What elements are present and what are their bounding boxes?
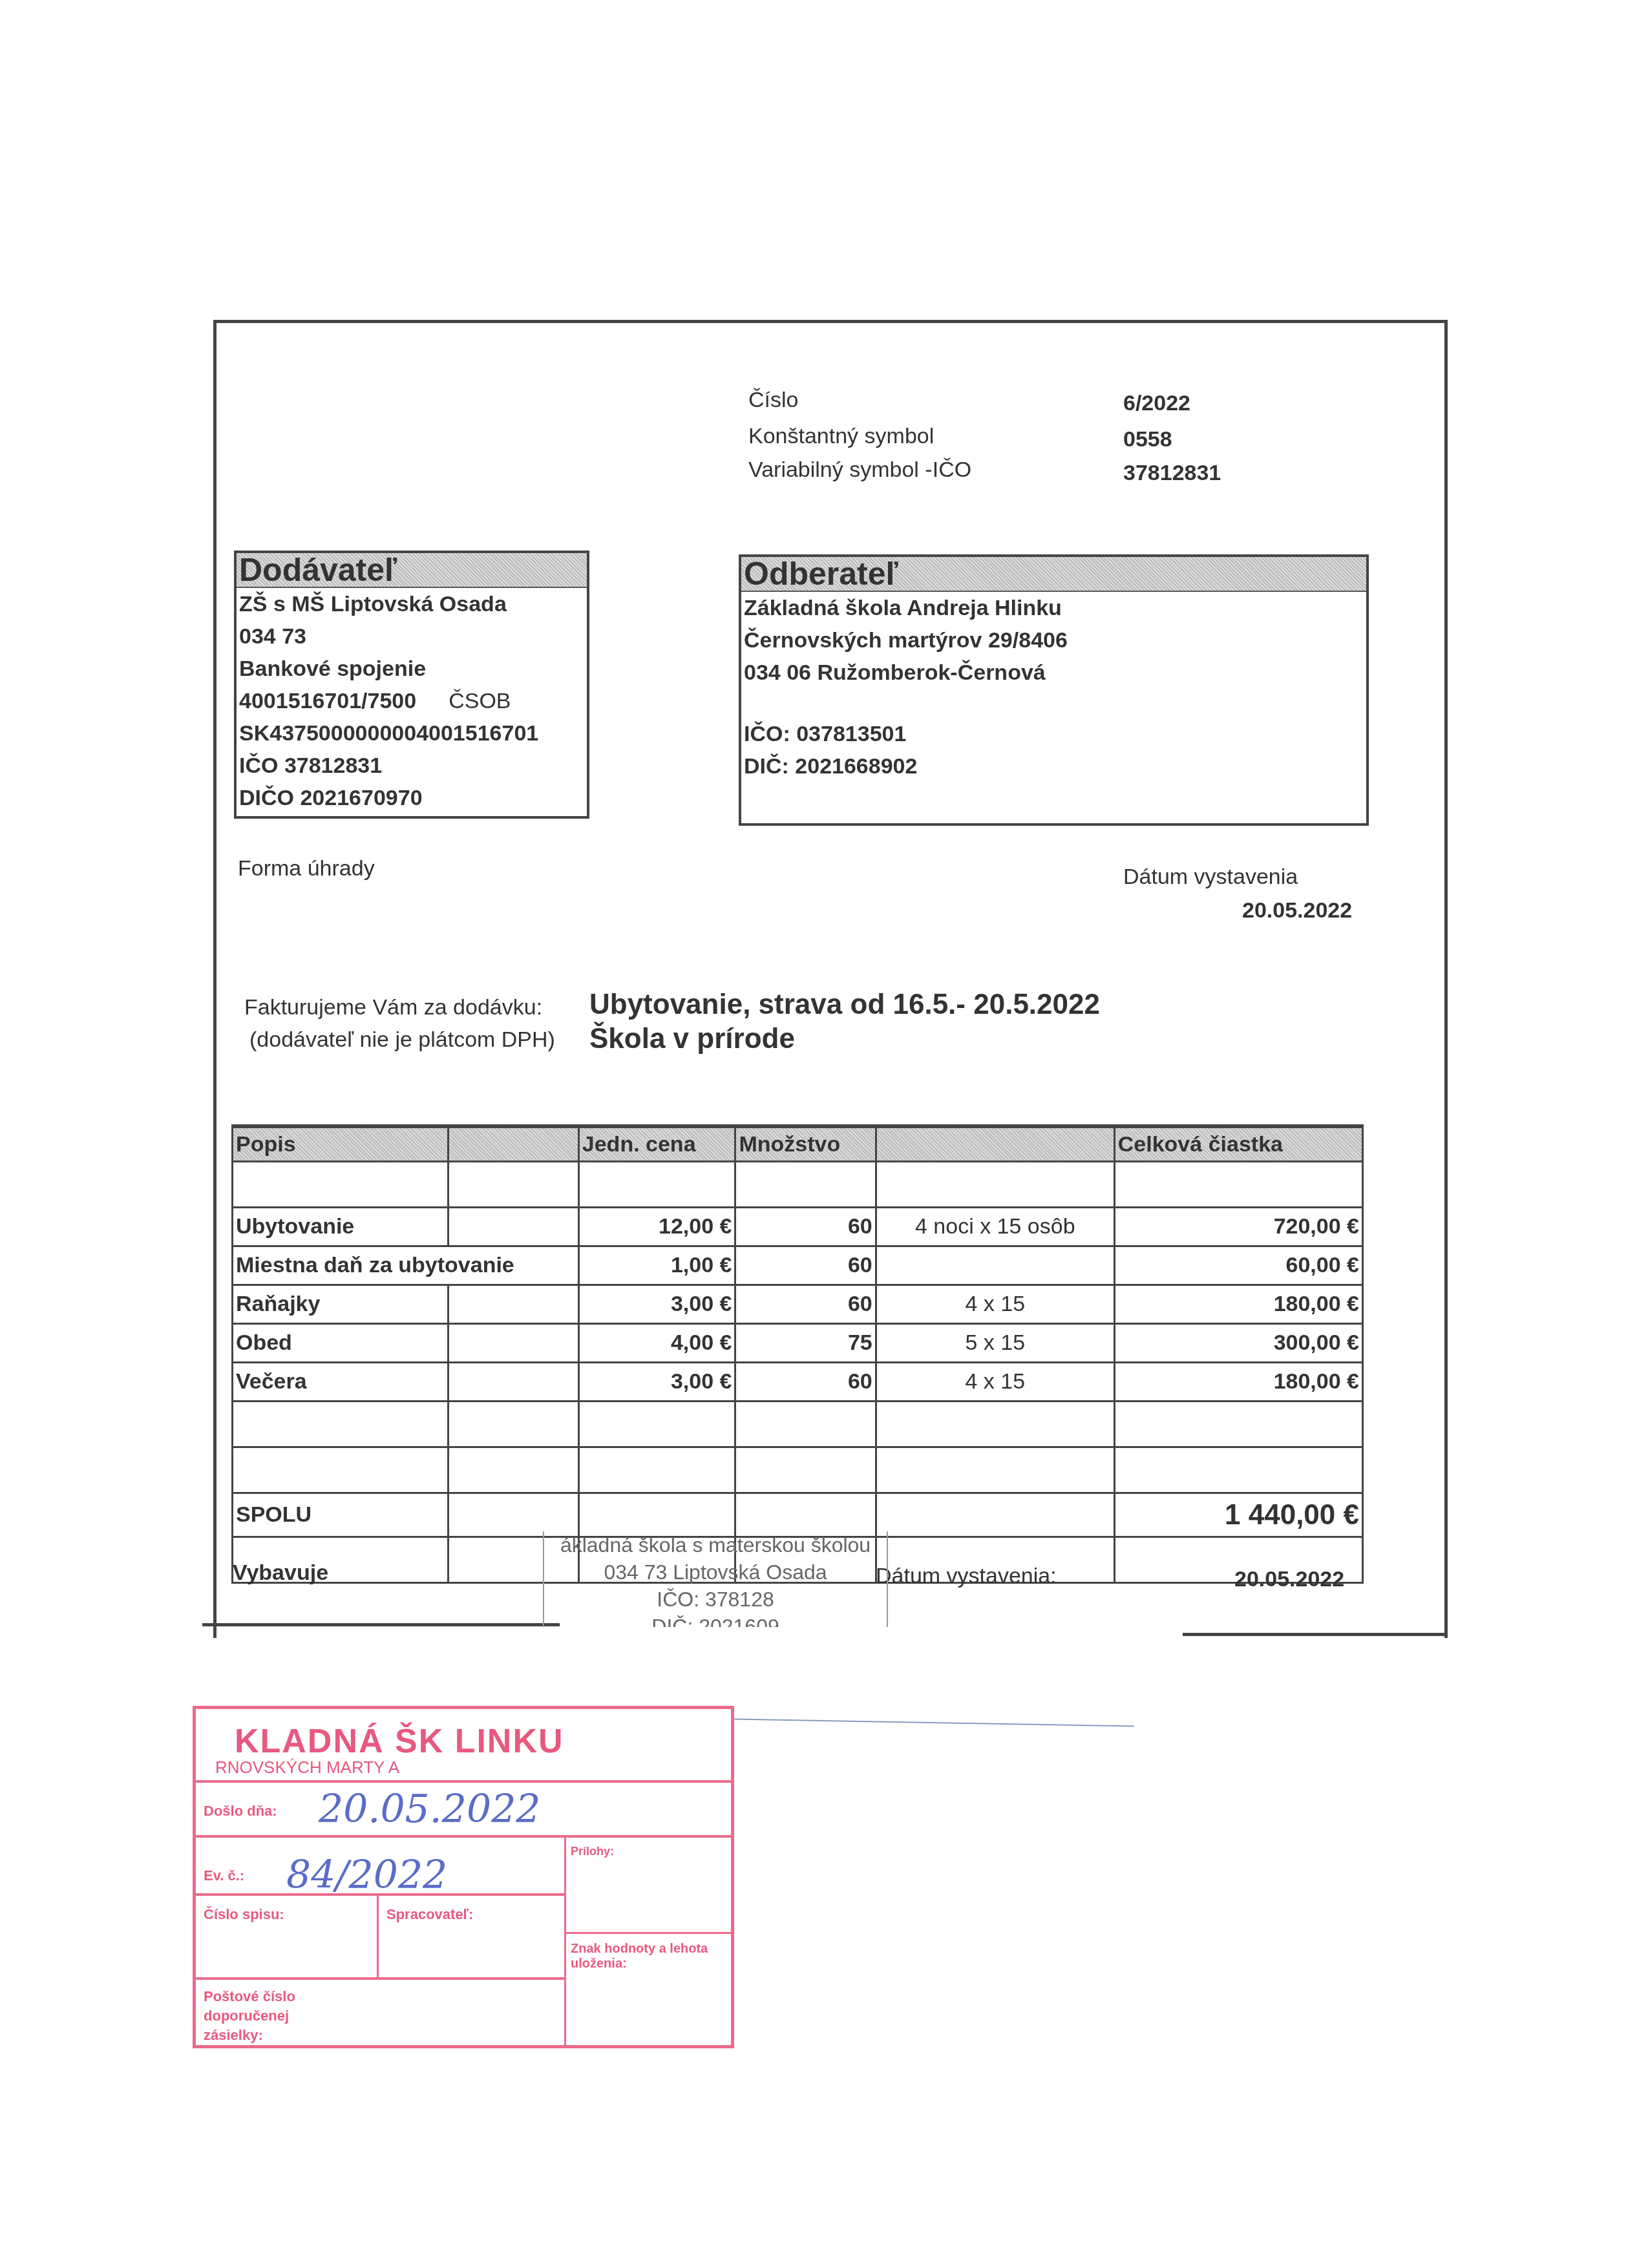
customer-dic: DIČ: 2021668902 [741, 750, 1366, 782]
customer-street: Černovských martýrov 29/8406 [741, 624, 1366, 656]
invoice-subject-2: Škola v prírode [589, 1023, 795, 1055]
bank-name: ČSOB [449, 689, 511, 713]
table-row: Večera 3,00 € 60 4 x 15 180,00 € [233, 1363, 1363, 1402]
attachments-label: Prílohy: [571, 1845, 614, 1858]
customer-city: 034 06 Ružomberok-Černová [741, 656, 1366, 689]
footer-date: 20.05.2022 [1234, 1567, 1344, 1592]
invoice-number: 6/2022 [1123, 391, 1190, 416]
received-date: 20.05.2022 [319, 1787, 541, 1832]
pen-line [734, 1719, 1134, 1727]
account-number: 4001516701/7500 [239, 689, 416, 713]
school-stamp: ákladná škola s materskou školou 034 73 … [543, 1531, 888, 1627]
column-header [876, 1126, 1114, 1162]
supplier-account: 4001516701/7500ČSOB [237, 685, 587, 717]
customer-ico: IČO: 037813501 [741, 718, 1366, 750]
received-label: Došlo dňa: [204, 1803, 277, 1820]
variable-symbol: 37812831 [1123, 461, 1221, 486]
customer-box: Odberateľ Základná škola Andreja Hlinku … [739, 554, 1369, 826]
customer-title: Odberateľ [741, 557, 1366, 592]
frame-border [202, 1623, 560, 1626]
table-row-empty [233, 1162, 1363, 1208]
column-header: Jedn. cena [578, 1126, 735, 1162]
table-row-empty [233, 1447, 1363, 1493]
constant-symbol: 0558 [1123, 427, 1172, 452]
sum-value: 1 440,00 € [1114, 1493, 1362, 1537]
supplier-name: ZŠ s MŠ Liptovská Osada [237, 588, 587, 620]
variable-symbol-label: Variabilný symbol -IČO [748, 457, 971, 483]
invoice-subject: Ubytovanie, strava od 16.5.- 20.5.2022 [589, 989, 1100, 1021]
items-table: Popis Jedn. cena Množstvo Celková čiastk… [231, 1124, 1364, 1584]
supplier-title: Dodávateľ [237, 553, 587, 588]
table-row: Obed 4,00 € 75 5 x 15 300,00 € [233, 1324, 1363, 1363]
supplier-box: Dodávateľ ZŠ s MŠ Liptovská Osada 034 73… [234, 551, 589, 819]
table-header-row: Popis Jedn. cena Množstvo Celková čiastk… [233, 1126, 1363, 1162]
retention-label: Znak hodnoty a lehota uloženia: [571, 1942, 726, 1971]
file-number-label: Číslo spisu: [204, 1906, 284, 1923]
table-row: Miestna daň za ubytovanie 1,00 € 60 60,0… [233, 1246, 1363, 1285]
table-row-empty [233, 1402, 1363, 1447]
supplier-ico: IČO 37812831 [237, 750, 587, 782]
payment-method-label: Forma úhrady [238, 856, 375, 881]
processor-label: Spracovateľ: [386, 1906, 473, 1923]
invoice-number-label: Číslo [748, 388, 798, 413]
column-header: Popis [233, 1126, 449, 1162]
column-header [448, 1126, 578, 1162]
invoice-for-label: Fakturujeme Vám za dodávku: [244, 995, 542, 1020]
column-header: Celková čiastka [1114, 1126, 1362, 1162]
table-row: Ubytovanie 12,00 € 60 4 noci x 15 osôb 7… [233, 1208, 1363, 1246]
issue-date-label: Dátum vystavenia [1123, 865, 1298, 890]
vat-note: (dodávateľ nie je plátcom DPH) [249, 1027, 555, 1053]
sum-label: SPOLU [233, 1493, 449, 1537]
ev-number: 84/2022 [286, 1853, 447, 1898]
supplier-dic: DIČO 2021670970 [237, 782, 587, 814]
handled-by-label: Vybavuje [233, 1560, 328, 1586]
customer-name: Základná škola Andreja Hlinku [741, 592, 1366, 624]
frame-border [1183, 1633, 1448, 1636]
issue-date: 20.05.2022 [1242, 898, 1352, 923]
stamp-title: KLADNÁ ŠK LINKU [235, 1722, 564, 1761]
supplier-zip: 034 73 [237, 620, 587, 653]
supplier-iban: SK4375000000004001516701 [237, 717, 587, 750]
postal-number-label: Poštové číslo doporučenej zásielky: [204, 1987, 301, 2045]
ev-label: Ev. č.: [204, 1867, 244, 1884]
constant-symbol-label: Konštantný symbol [748, 424, 934, 449]
footer-date-label: Dátum vystavenia: [876, 1564, 1057, 1589]
registry-stamp: KLADNÁ ŠK LINKU RNOVSKÝCH MARTY A Došlo … [193, 1706, 734, 2048]
supplier-bank-label: Bankové spojenie [237, 653, 587, 685]
stamp-subtitle: RNOVSKÝCH MARTY A [215, 1758, 399, 1778]
column-header: Množstvo [735, 1126, 876, 1162]
table-sum-row: SPOLU 1 440,00 € [233, 1493, 1363, 1537]
table-row: Raňajky 3,00 € 60 4 x 15 180,00 € [233, 1285, 1363, 1324]
